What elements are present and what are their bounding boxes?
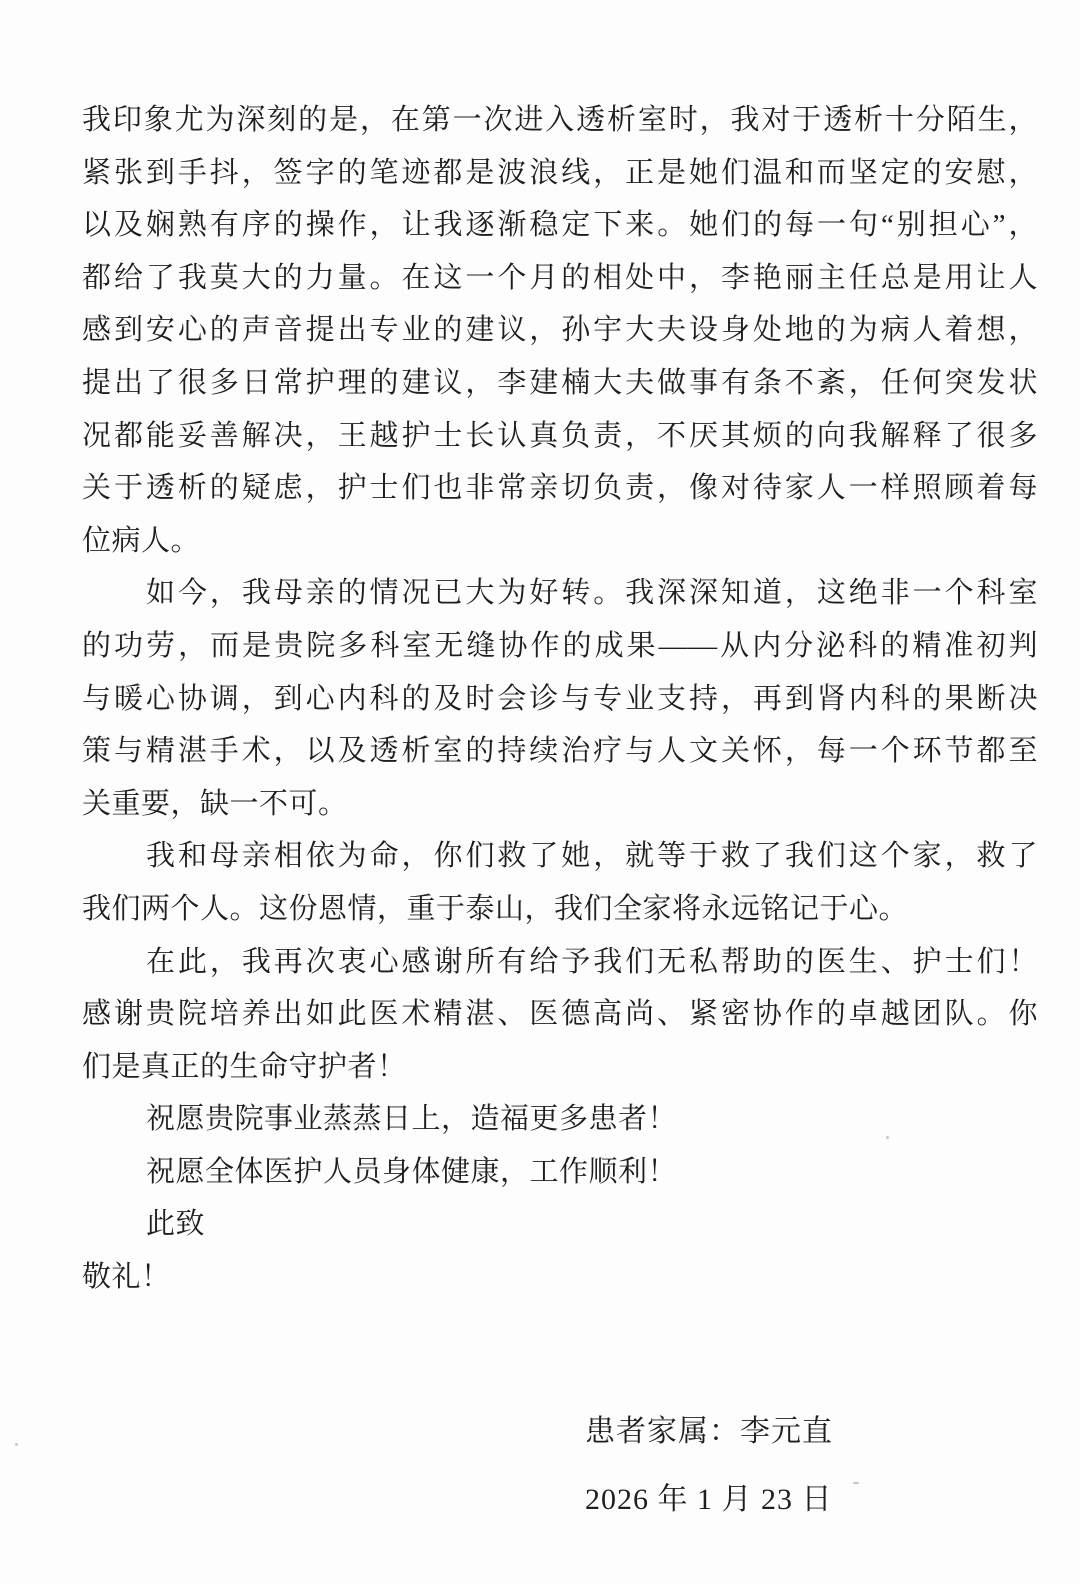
letter-line: 在此，我再次衷心感谢所有给予我们无私帮助的医生、护士们！ — [82, 936, 1038, 989]
letter-line: 以及娴熟有序的操作，让我逐渐稳定下来。她们的每一句“别担心”， — [82, 199, 1038, 252]
letter-line: 我们两个人。这份恩情，重于泰山，我们全家将永远铭记于心。 — [82, 883, 1038, 936]
letter-line: 策与精湛手术，以及透析室的持续治疗与人文关怀，每一个环节都至 — [82, 725, 1038, 778]
signature-name: 患者家属：李元直 — [585, 1398, 833, 1466]
letter-line: 我和母亲相依为命，你们救了她，就等于救了我们这个家，救了 — [82, 830, 1038, 883]
letter-line: 的功劳，而是贵院多科室无缝协作的成果——从内分泌科的精准初判 — [82, 620, 1038, 673]
letter-line: 位病人。 — [82, 515, 1038, 568]
letter-line: 都给了我莫大的力量。在这一个月的相处中，李艳丽主任总是用让人 — [82, 252, 1038, 305]
letter-line: 此致 — [82, 1198, 1038, 1251]
letter-line: 况都能妥善解决，王越护士长认真负责，不厌其烦的向我解释了很多 — [82, 410, 1038, 463]
letter-line: 感谢贵院培养出如此医术精湛、医德高尚、紧密协作的卓越团队。你 — [82, 988, 1038, 1041]
letter-line: 敬礼！ — [82, 1251, 1038, 1304]
letter-line: 祝愿全体医护人员身体健康，工作顺利！ — [82, 1146, 1038, 1199]
scan-speck — [853, 1482, 859, 1484]
letter-line: 紧张到手抖，签字的笔迹都是波浪线，正是她们温和而坚定的安慰， — [82, 147, 1038, 200]
letter-line: 提出了很多日常护理的建议，李建楠大夫做事有条不紊，任何突发状 — [82, 357, 1038, 410]
letter-line: 与暖心协调，到心内科的及时会诊与专业支持，再到肾内科的果断决 — [82, 673, 1038, 726]
scan-speck — [886, 1136, 889, 1139]
letter-line: 祝愿贵院事业蒸蒸日上，造福更多患者！ — [82, 1093, 1038, 1146]
signature-block: 患者家属：李元直 2026 年 1 月 23 日 — [585, 1398, 833, 1534]
letter-line: 关于透析的疑虑，护士们也非常亲切负责，像对待家人一样照顾着每 — [82, 462, 1038, 515]
letter-body: 我印象尤为深刻的是，在第一次进入透析室时，我对于透析十分陌生， 紧张到手抖，签字… — [82, 94, 1038, 1304]
letter-line: 如今，我母亲的情况已大为好转。我深深知道，这绝非一个科室 — [82, 567, 1038, 620]
letter-line: 关重要，缺一不可。 — [82, 778, 1038, 831]
signature-date: 2026 年 1 月 23 日 — [585, 1466, 833, 1534]
letter-line: 感到安心的声音提出专业的建议，孙宇大夫设身处地的为病人着想， — [82, 304, 1038, 357]
letter-line: 们是真正的生命守护者！ — [82, 1041, 1038, 1094]
scan-speck — [15, 1443, 18, 1446]
letter-line: 我印象尤为深刻的是，在第一次进入透析室时，我对于透析十分陌生， — [82, 94, 1038, 147]
letter-page: 我印象尤为深刻的是，在第一次进入透析室时，我对于透析十分陌生， 紧张到手抖，签字… — [0, 0, 1080, 1584]
